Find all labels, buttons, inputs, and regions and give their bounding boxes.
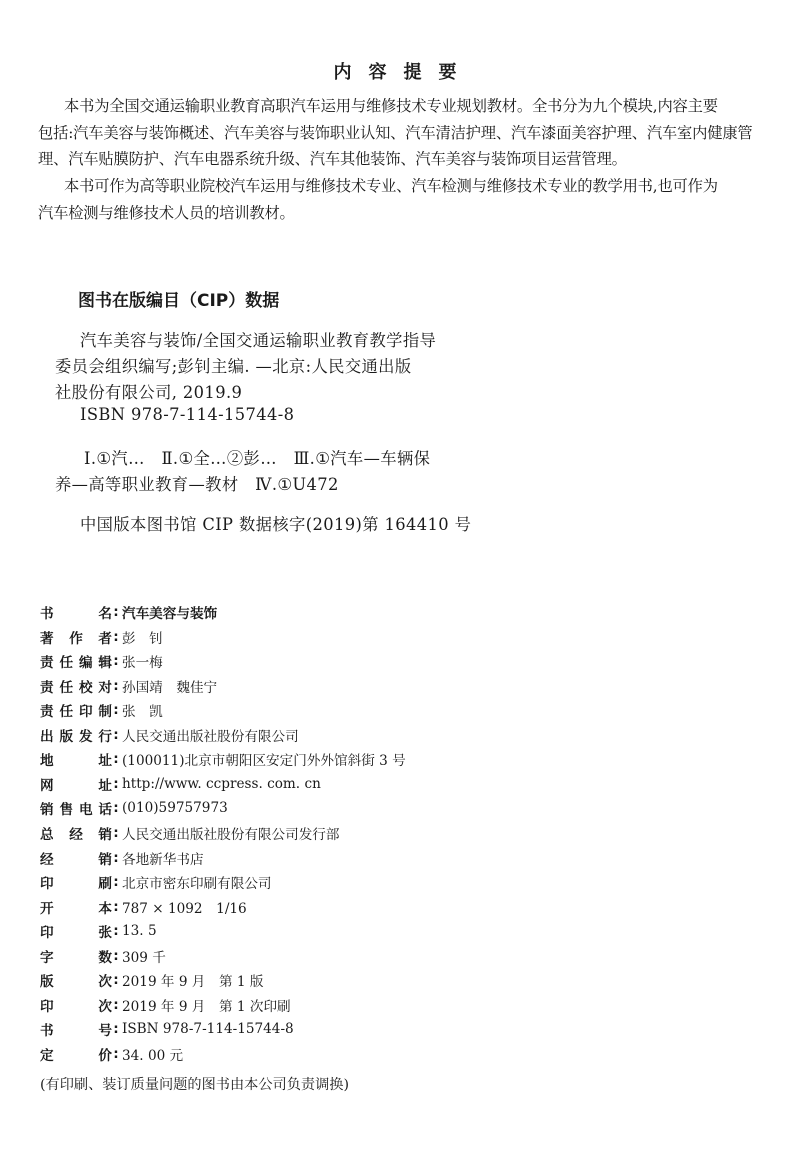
imprint-label: 网址: [40, 774, 112, 794]
label-char: 辑: [98, 651, 112, 671]
label-colon: :: [112, 899, 120, 915]
label-char: 刷: [98, 872, 112, 892]
imprint-label: 版次: [40, 970, 112, 990]
imprint-row: 销售电话:(010)59757973: [40, 797, 228, 819]
imprint-label: 书号: [40, 1019, 112, 1039]
imprint-value: 北京市密东印刷有限公司: [120, 872, 272, 892]
label-char: 址: [98, 749, 112, 769]
label-char: 本: [98, 897, 112, 917]
imprint-label: 责任校对: [40, 676, 112, 696]
imprint-row: 开本:787 × 1092 1/16: [40, 896, 247, 918]
imprint-label: 责任印制: [40, 700, 112, 720]
imprint-value: 人民交通出版社股份有限公司发行部: [120, 823, 340, 843]
imprint-row: 书号:ISBN 978-7-114-15744-8: [40, 1018, 294, 1040]
label-char: 售: [59, 798, 73, 818]
label-colon: :: [112, 776, 120, 792]
imprint-row: 出版发行:人民交通出版社股份有限公司: [40, 724, 299, 746]
label-char: 发: [79, 725, 93, 745]
imprint-value: 34. 00 元: [120, 1044, 183, 1064]
imprint-value: (010)59757973: [120, 800, 228, 816]
imprint-label: 出版发行: [40, 725, 112, 745]
cip-line: 养—高等职业教育—教材 Ⅳ.①U472: [55, 471, 339, 495]
label-char: 印: [40, 921, 54, 941]
label-char: 任: [59, 676, 73, 696]
imprint-row: 总经销:人民交通出版社股份有限公司发行部: [40, 822, 340, 844]
label-char: 者: [98, 627, 112, 647]
label-char: 著: [40, 627, 54, 647]
cip-line: 社股份有限公司, 2019.9: [55, 379, 242, 403]
imprint-value: 孙国靖 魏佳宁: [120, 676, 217, 696]
label-char: 责: [40, 676, 54, 696]
abstract-line: 理、汽车贴膜防护、汽车电器系统升级、汽车其他装饰、汽车美容与装饰项目运营管理。: [38, 147, 627, 169]
label-char: 销: [98, 848, 112, 868]
label-char: 总: [40, 823, 54, 843]
label-colon: :: [112, 1021, 120, 1037]
imprint-label: 印张: [40, 921, 112, 941]
label-colon: :: [112, 727, 120, 743]
imprint-value: 2019 年 9 月 第 1 版: [120, 970, 263, 990]
label-char: 次: [98, 970, 112, 990]
label-char: 对: [98, 676, 112, 696]
label-colon: :: [112, 751, 120, 767]
label-char: 网: [40, 774, 54, 794]
label-char: 责: [40, 651, 54, 671]
imprint-label: 销售电话: [40, 798, 112, 818]
label-colon: :: [112, 997, 120, 1013]
abstract-line: 汽车检测与维修技术人员的培训教材。: [38, 201, 295, 223]
imprint-row: 印张:13. 5: [40, 920, 157, 942]
label-char: 次: [98, 995, 112, 1015]
imprint-value: 张 凯: [120, 700, 163, 720]
cip-line: Ⅰ.①汽… Ⅱ.①全…②彭… Ⅲ.①汽车—车辆保: [84, 445, 430, 469]
cip-line: 汽车美容与装饰/全国交通运输职业教育教学指导: [80, 327, 436, 351]
label-char: 书: [40, 1019, 54, 1039]
imprint-value: 309 千: [120, 946, 166, 966]
label-char: 销: [40, 798, 54, 818]
imprint-value: 汽车美容与装饰: [120, 602, 217, 622]
label-char: 销: [98, 823, 112, 843]
label-char: 任: [59, 700, 73, 720]
imprint-value: http://www. ccpress. com. cn: [120, 776, 321, 792]
imprint-row: 责任编辑:张一梅: [40, 650, 163, 672]
label-char: 作: [69, 627, 83, 647]
imprint-label: 印刷: [40, 872, 112, 892]
label-char: 行: [98, 725, 112, 745]
imprint-label: 著作者: [40, 627, 112, 647]
label-colon: :: [112, 923, 120, 939]
quality-notice: (有印刷、装订质量问题的图书由本公司负责调换): [40, 1074, 349, 1094]
imprint-row: 经销:各地新华书店: [40, 847, 204, 869]
label-char: 印: [40, 872, 54, 892]
imprint-label: 责任编辑: [40, 651, 112, 671]
label-char: 经: [69, 823, 83, 843]
label-colon: :: [112, 850, 120, 866]
label-char: 定: [40, 1044, 54, 1064]
label-char: 任: [59, 651, 73, 671]
cip-heading: 图书在版编目（CIP）数据: [78, 286, 279, 311]
abstract-title: 内容提要: [0, 58, 790, 84]
imprint-value: 各地新华书店: [120, 848, 204, 868]
imprint-value: 人民交通出版社股份有限公司: [120, 725, 299, 745]
label-char: 地: [40, 749, 54, 769]
imprint-row: 书名:汽车美容与装饰: [40, 601, 217, 623]
label-char: 号: [98, 1019, 112, 1039]
imprint-row: 网址:http://www. ccpress. com. cn: [40, 773, 321, 795]
label-colon: :: [112, 825, 120, 841]
label-colon: :: [112, 629, 120, 645]
imprint-row: 印刷:北京市密东印刷有限公司: [40, 871, 272, 893]
label-char: 责: [40, 700, 54, 720]
label-char: 印: [79, 700, 93, 720]
cip-record-number: 中国版本图书馆 CIP 数据核字(2019)第 164410 号: [80, 511, 471, 535]
label-char: 版: [40, 970, 54, 990]
label-char: 话: [98, 798, 112, 818]
imprint-value: 787 × 1092 1/16: [120, 897, 247, 917]
imprint-value: 2019 年 9 月 第 1 次印刷: [120, 995, 291, 1015]
imprint-label: 经销: [40, 848, 112, 868]
imprint-row: 地址:(100011)北京市朝阳区安定门外外馆斜街 3 号: [40, 748, 406, 770]
imprint-value: (100011)北京市朝阳区安定门外外馆斜街 3 号: [120, 749, 406, 769]
label-char: 张: [98, 921, 112, 941]
label-colon: :: [112, 604, 120, 620]
imprint-label: 书名: [40, 602, 112, 622]
abstract-line: 本书可作为高等职业院校汽车运用与维修技术专业、汽车检测与维修技术专业的教学用书,…: [64, 174, 718, 196]
imprint-value: 13. 5: [120, 923, 157, 939]
label-char: 开: [40, 897, 54, 917]
label-char: 制: [98, 700, 112, 720]
imprint-row: 定价:34. 00 元: [40, 1043, 183, 1065]
imprint-label: 开本: [40, 897, 112, 917]
imprint-label: 地址: [40, 749, 112, 769]
label-char: 出: [40, 725, 54, 745]
cip-isbn: ISBN 978-7-114-15744-8: [80, 405, 294, 424]
label-colon: :: [112, 678, 120, 694]
imprint-row: 著作者:彭 钊: [40, 626, 163, 648]
imprint-label: 定价: [40, 1044, 112, 1064]
label-char: 电: [79, 798, 93, 818]
label-colon: :: [112, 874, 120, 890]
imprint-row: 字数:309 千: [40, 945, 166, 967]
label-colon: :: [112, 702, 120, 718]
imprint-label: 印次: [40, 995, 112, 1015]
label-colon: :: [112, 972, 120, 988]
cip-line: 委员会组织编写;彭钊主编. —北京:人民交通出版: [55, 353, 412, 377]
label-char: 名: [98, 602, 112, 622]
imprint-value: 张一梅: [120, 651, 163, 671]
imprint-row: 责任校对:孙国靖 魏佳宁: [40, 675, 217, 697]
label-char: 书: [40, 602, 54, 622]
label-colon: :: [112, 800, 120, 816]
label-colon: :: [112, 1046, 120, 1062]
label-char: 字: [40, 946, 54, 966]
imprint-row: 印次:2019 年 9 月 第 1 次印刷: [40, 994, 291, 1016]
label-char: 经: [40, 848, 54, 868]
abstract-line: 本书为全国交通运输职业教育高职汽车运用与维修技术专业规划教材。全书分为九个模块,…: [64, 94, 718, 116]
label-colon: :: [112, 948, 120, 964]
imprint-value: ISBN 978-7-114-15744-8: [120, 1021, 294, 1037]
label-char: 数: [98, 946, 112, 966]
label-char: 校: [79, 676, 93, 696]
imprint-value: 彭 钊: [120, 627, 163, 647]
imprint-row: 版次:2019 年 9 月 第 1 版: [40, 969, 263, 991]
label-char: 址: [98, 774, 112, 794]
imprint-label: 总经销: [40, 823, 112, 843]
abstract-line: 包括:汽车美容与装饰概述、汽车美容与装饰职业认知、汽车清洁护理、汽车漆面美容护理…: [38, 121, 753, 143]
label-char: 印: [40, 995, 54, 1015]
label-char: 编: [79, 651, 93, 671]
label-colon: :: [112, 653, 120, 669]
imprint-row: 责任印制:张 凯: [40, 699, 163, 721]
label-char: 价: [98, 1044, 112, 1064]
imprint-label: 字数: [40, 946, 112, 966]
label-char: 版: [59, 725, 73, 745]
